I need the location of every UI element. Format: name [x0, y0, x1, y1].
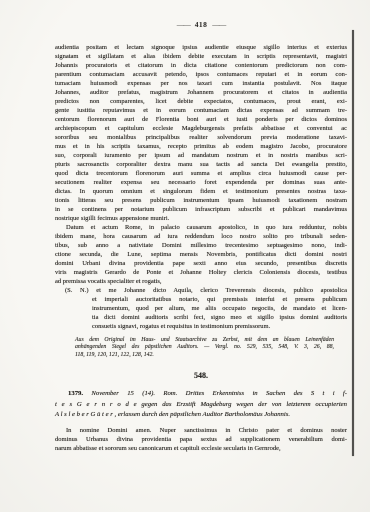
text-line: tibus, sub anno a nativitate Domini mill…	[55, 241, 347, 250]
text-line: Johannis procuratoris et citatorum in di…	[55, 61, 347, 70]
headline-line-3: A l s l e b e r G ü t e r , erlassen dur…	[55, 410, 347, 421]
text-line: viris magistris Gerardo de Ponte et Joha…	[55, 268, 347, 277]
text-block: audientia positam et lectam signoque ips…	[55, 43, 347, 453]
text-line: anhängenden Siegel des päpstlichen Audit…	[75, 344, 334, 351]
page-edge-line	[352, 30, 354, 456]
text-line: parentium contumaciam accusavit petendo,…	[55, 70, 347, 79]
text-line: nostrique sigilli fecimus appensione mun…	[55, 214, 347, 223]
paragraph-notary-attestation: (S. N.) et me Johanne dicto Aquila, cler…	[65, 286, 347, 331]
text-line: Johannes, auditor prefatus, magistrum Jo…	[55, 88, 347, 97]
text-line: audientia positam et lectam signoque ips…	[55, 43, 347, 52]
text-line: domini Urbani divina providentia pape se…	[55, 259, 347, 268]
headline-line-1-text: November 15 (14). Rom. Drittes Erkenntni…	[91, 390, 347, 397]
text-line: mus et in his scriptis taxamus, recepto …	[55, 142, 347, 151]
scanned-book-page: ——418—— audientia positam et lectam sign…	[0, 0, 370, 512]
text-line: instrumentum, quod per alium, me aliis o…	[65, 304, 347, 313]
entry-number-heading: 548.	[55, 371, 347, 381]
text-line: Datum et actum Rome, in palacio causarum…	[55, 223, 347, 232]
text-line: pturis sacrosanctis corporaliter dextra …	[55, 160, 347, 169]
source-note: Aus dem Original im Haus- und Staatsarch…	[75, 337, 334, 359]
text-line: tionis litteras seu presens publicum ins…	[55, 196, 347, 205]
page-header: ——418——	[55, 0, 347, 30]
page-number: 418	[195, 20, 207, 29]
text-line: dictas. In quorum omnium et singulorum f…	[55, 187, 347, 196]
text-line: narum abbatisse et sororum seu canonicar…	[55, 444, 347, 453]
text-line: tumaciam huiusmodi expensas per nos taxa…	[55, 79, 347, 88]
entry-headline: 1379. November 15 (14). Rom. Drittes Erk…	[55, 389, 347, 421]
header-dash-left: ——	[177, 20, 190, 29]
text-line: ctione secunda, die Lune, septima mensis…	[55, 250, 347, 259]
text-line: ibidem mane, hora causarum ad iura redde…	[55, 232, 347, 241]
text-line: ad premissa vocatis specialiter et rogat…	[55, 277, 347, 286]
text-line: quod dicta trecentorum florenorum auri s…	[55, 169, 347, 178]
text-line: suo, corporali iuramento per ipsum ad ma…	[55, 151, 347, 160]
text-line: tia dicti domini auditoris scribi feci, …	[65, 313, 347, 322]
text-line: signatam et sigillatam et alias ibidem d…	[55, 52, 347, 61]
header-dash-right: ——	[212, 20, 225, 29]
text-line: secutionem realiter expensa seu necessar…	[55, 178, 347, 187]
text-line: et imperiali auctoritatibus notario, qui…	[65, 295, 347, 304]
paragraph-taxation: audientia positam et lectam signoque ips…	[55, 43, 347, 223]
text-line: sororibus seu monialibus principalibus r…	[55, 133, 347, 142]
text-line: consuetis signavi, rogatus et requisitus…	[65, 322, 347, 331]
text-line: centorum florenorum auri de Florentia bo…	[55, 115, 347, 124]
text-line: dominus Urbanus divina providentia papa …	[55, 435, 347, 444]
text-line: 118, 119, 120, 121, 122, 128, 142.	[75, 352, 334, 359]
text-line: predictos non comparentes, licet debite …	[55, 97, 347, 106]
text-line: (S. N.) et me Johanne dicto Aquila, cler…	[65, 286, 347, 295]
text-line: gente iustitia reputavimus et in eorum c…	[55, 106, 347, 115]
headline-line-2: t e s G e r n r o d e gegen das Erzstift…	[55, 400, 347, 411]
entry-year: 1379.	[68, 390, 83, 397]
headline-line-1: 1379. November 15 (14). Rom. Drittes Erk…	[55, 389, 347, 400]
paragraph-in-nomine: In nomine Domini amen. Nuper sanctissimu…	[55, 426, 347, 453]
text-line: in se continens per notarium publicum in…	[55, 205, 347, 214]
text-line: archiepiscopum et capitulum ecclesie Mag…	[55, 124, 347, 133]
paragraph-datum-actum: Datum et actum Rome, in palacio causarum…	[55, 223, 347, 286]
text-line: In nomine Domini amen. Nuper sanctissimu…	[55, 426, 347, 435]
